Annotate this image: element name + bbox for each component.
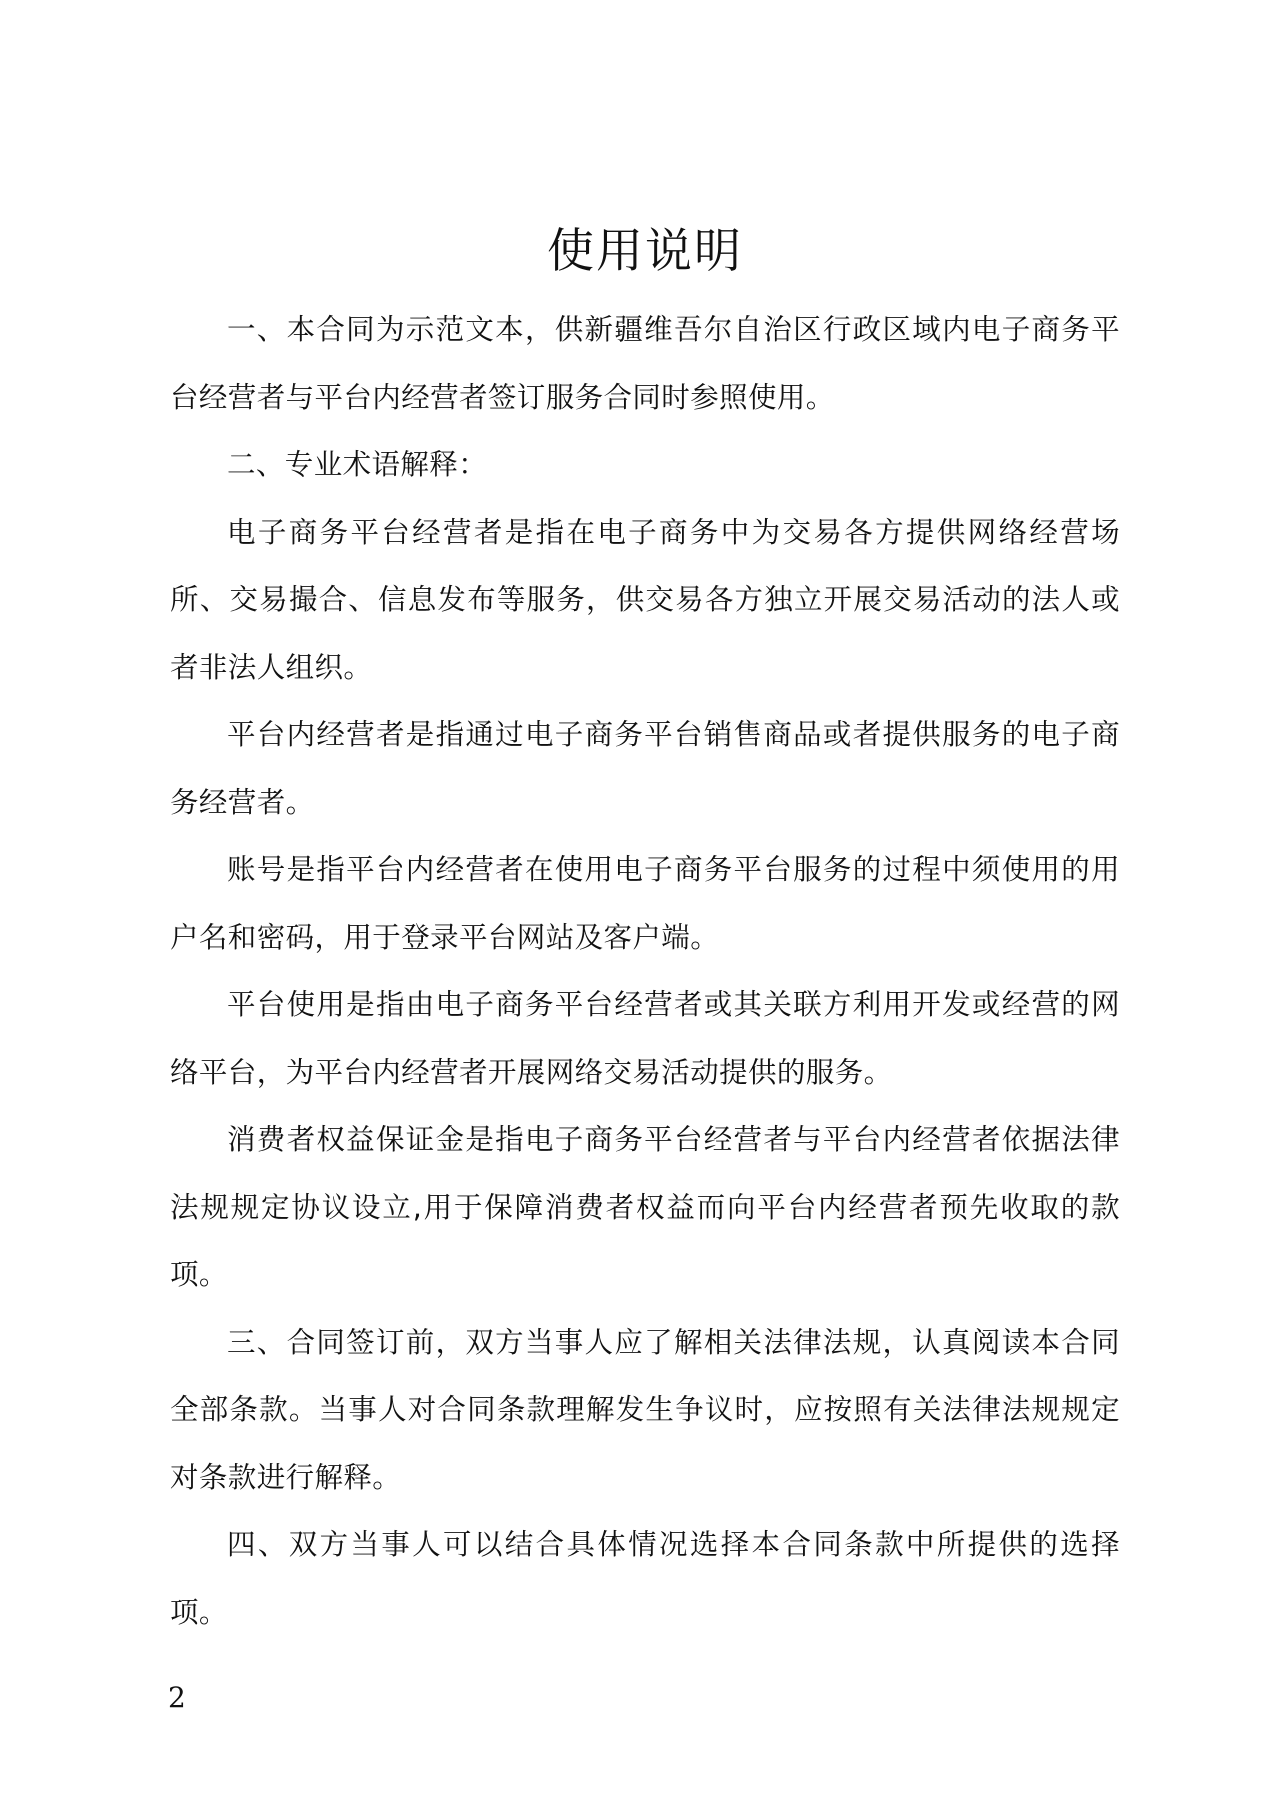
paragraph-pre-signing: 三、合同签订前，双方当事人应了解相关法律法规，认真阅读本合同全部条款。当事人对合… xyxy=(170,1309,1120,1512)
document-body: 一、本合同为示范文本，供新疆维吾尔自治区行政区域内电子商务平台经营者与平台内经营… xyxy=(170,296,1120,1646)
paragraph-definition-deposit: 消费者权益保证金是指电子商务平台经营者与平台内经营者依据法律法规规定协议设立,用… xyxy=(170,1106,1120,1309)
paragraph-definition-account: 账号是指平台内经营者在使用电子商务平台服务的过程中须使用的用户名和密码，用于登录… xyxy=(170,836,1120,971)
paragraph-definition-platform-operator: 电子商务平台经营者是指在电子商务中为交易各方提供网络经营场所、交易撮合、信息发布… xyxy=(170,499,1120,702)
paragraph-scope: 一、本合同为示范文本，供新疆维吾尔自治区行政区域内电子商务平台经营者与平台内经营… xyxy=(170,296,1120,431)
document-title: 使用说明 xyxy=(170,222,1120,282)
paragraph-definition-platform-use: 平台使用是指由电子商务平台经营者或其关联方利用开发或经营的网络平台，为平台内经营… xyxy=(170,971,1120,1106)
paragraph-definition-in-platform-operator: 平台内经营者是指通过电子商务平台销售商品或者提供服务的电子商务经营者。 xyxy=(170,701,1120,836)
paragraph-terms-heading: 二、专业术语解释： xyxy=(170,431,1120,499)
page-number: 2 xyxy=(168,1682,186,1714)
document-page: 使用说明 一、本合同为示范文本，供新疆维吾尔自治区行政区域内电子商务平台经营者与… xyxy=(170,0,1120,1810)
paragraph-options: 四、双方当事人可以结合具体情况选择本合同条款中所提供的选择项。 xyxy=(170,1511,1120,1646)
